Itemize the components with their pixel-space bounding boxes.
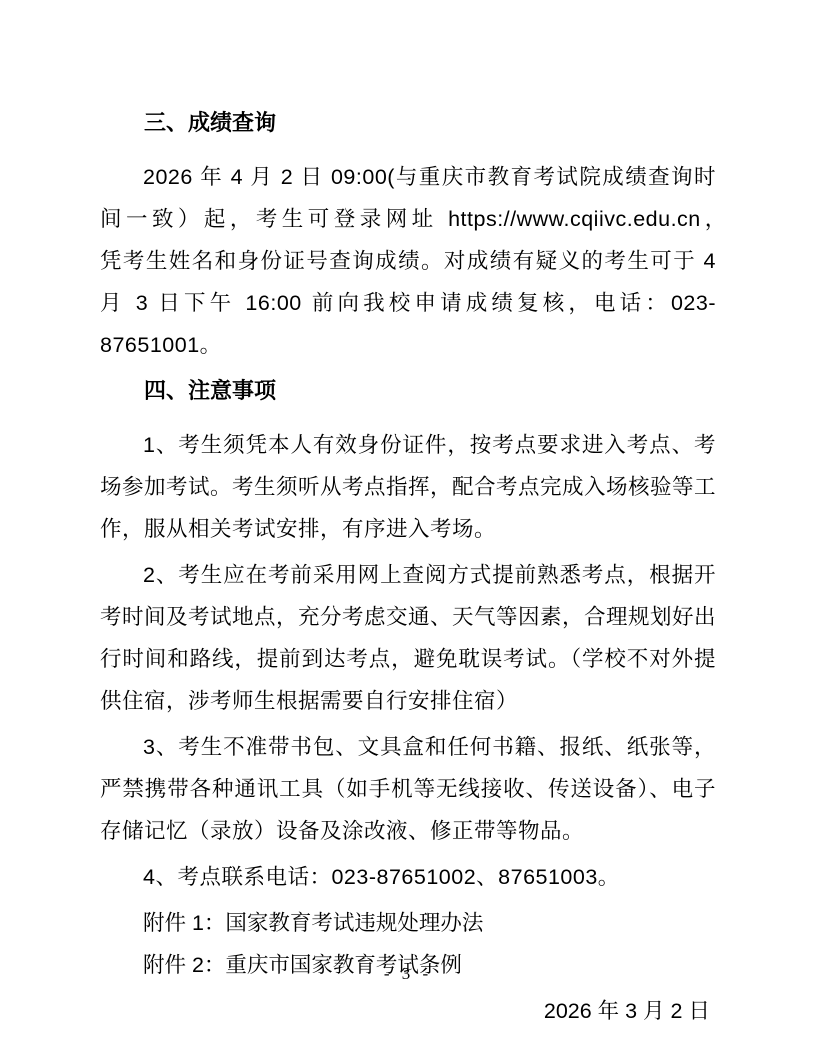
- document-page: 三、成绩查询 2026 年 4 月 2 日 09:00(与重庆市教育考试院成绩查…: [0, 0, 816, 1056]
- attachment-line-1: 附件 1：国家教育考试违规处理办法: [100, 902, 716, 944]
- paragraph-precaution-1: 1、考生须凭本人有效身份证件，按考点要求进入考点、考场参加考试。考生须听从考点指…: [100, 424, 716, 550]
- paragraph-precaution-4: 4、考点联系电话：023-87651002、87651003。: [100, 856, 716, 898]
- paragraph-precaution-2: 2、考生应在考前采用网上查阅方式提前熟悉考点，根据开考时间及考试地点，充分考虑交…: [100, 554, 716, 722]
- paragraph-precaution-3: 3、考生不准带书包、文具盒和任何书籍、报纸、纸张等，严禁携带各种通讯工具（如手机…: [100, 726, 716, 852]
- page-number: - 3 -: [0, 962, 816, 986]
- section-heading-score-inquiry: 三、成绩查询: [100, 102, 716, 144]
- document-date: 2026 年 3 月 2 日: [100, 990, 716, 1032]
- paragraph-score-inquiry: 2026 年 4 月 2 日 09:00(与重庆市教育考试院成绩查询时间一致）起…: [100, 156, 716, 366]
- section-heading-precautions: 四、注意事项: [100, 370, 716, 412]
